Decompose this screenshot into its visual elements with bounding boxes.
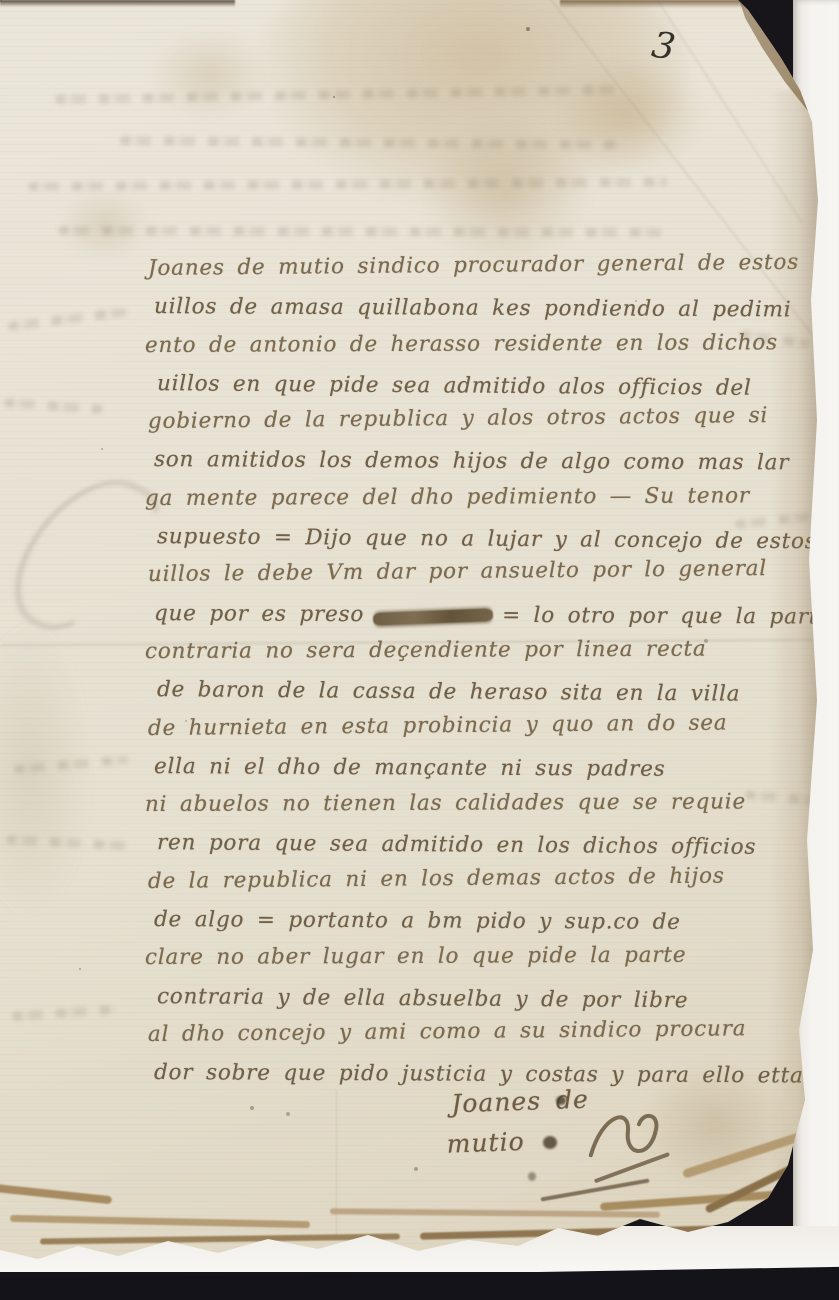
bleedthrough-mark: [6, 835, 131, 851]
deteriorated-edge: [10, 1215, 310, 1228]
bleedthrough-line: [58, 226, 668, 237]
bleedthrough-mark: [14, 755, 129, 774]
ink-blot: [528, 1172, 536, 1181]
manuscript-page: 3 Joanes de mutio sindico procurador gen…: [0, 0, 839, 1300]
paper-flecks: [0, 0, 2, 2]
strikethrough-smudge: [373, 607, 493, 625]
bleedthrough-mark: [12, 1005, 117, 1021]
manuscript-line: ga mente parece del dho pedimiento — Su …: [145, 477, 785, 518]
manuscript-line: contraria no sera deçendiente por linea …: [145, 630, 785, 671]
page-edge-top: [0, 0, 235, 7]
ink-blot: [556, 1096, 566, 1105]
line-segment: = lo otro por que la parte: [502, 603, 832, 630]
water-stain: [555, 55, 705, 175]
bleedthrough-line: [120, 136, 620, 149]
bleedthrough-mark: [7, 307, 127, 331]
signature: Joanes de mutio: [451, 1080, 591, 1165]
manuscript-line: de hurnieta en esta probincia y quo an d…: [148, 703, 788, 747]
manuscript-line: ni abuelos no tienen las calidades que s…: [145, 783, 785, 824]
deteriorated-edge: [330, 1208, 660, 1217]
signature-name-line: mutio: [446, 1120, 591, 1165]
manuscript-line: al dho concejo y ami como a su sindico p…: [148, 1010, 788, 1054]
deteriorated-edge: [0, 1184, 112, 1204]
water-stain: [150, 30, 270, 120]
scanned-document: 3 Joanes de mutio sindico procurador gen…: [0, 0, 839, 1300]
bleedthrough-line: [55, 85, 625, 104]
manuscript-line: ento de antonio de herasso residente en …: [145, 324, 785, 365]
deteriorated-edge: [682, 1130, 808, 1179]
manuscript-line: clare no aber lugar en lo que pide la pa…: [145, 937, 785, 978]
fold-crease: [336, 1090, 338, 1240]
manuscript-line: gobierno de la republica y alos otros ac…: [148, 397, 788, 441]
line-segment: que por es preso: [154, 601, 364, 627]
manuscript-line: uillos le debe Vm dar por ansuelto por l…: [148, 550, 788, 594]
bleedthrough-mark: [4, 398, 104, 414]
ink-blot: [543, 1136, 557, 1149]
manuscript-text-block: Joanes de mutio sindico procurador gener…: [148, 250, 788, 1093]
manuscript-line: Joanes de mutio sindico procurador gener…: [148, 244, 788, 288]
water-stain: [60, 190, 150, 260]
signature-name-line: Joanes de: [451, 1080, 590, 1125]
bleedthrough-line: [28, 178, 668, 191]
water-stain: [0, 620, 90, 920]
manuscript-line: de la republica ni en los demas actos de…: [148, 857, 788, 901]
folio-number: 3: [649, 24, 678, 68]
deteriorated-edge: [600, 1189, 800, 1211]
water-stain: [255, 0, 685, 210]
page-edge-top: [560, 0, 760, 8]
